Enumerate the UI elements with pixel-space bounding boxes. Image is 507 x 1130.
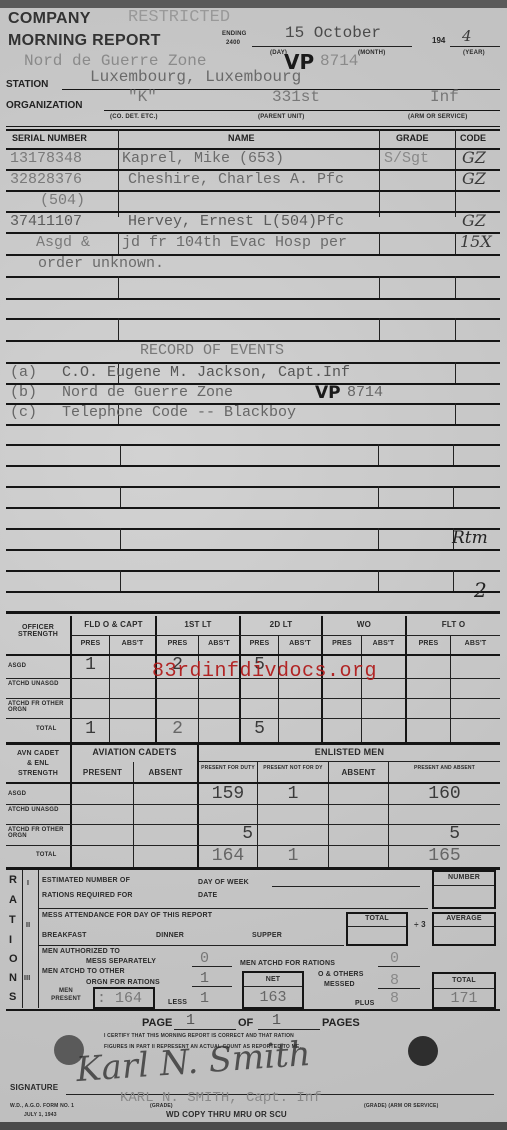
event-c-text: Telephone Code -- Blackboy <box>62 404 296 421</box>
officer-row-total: TOTAL <box>36 726 56 732</box>
rations-letter-t: T <box>9 914 16 926</box>
event-b-tag: (b) <box>10 384 37 401</box>
year-suffix: 4 <box>462 27 472 45</box>
officer-total-2dlt-pres: 5 <box>241 719 278 739</box>
men-auth-label-1: MEN AUTHORIZED TO <box>42 948 120 955</box>
enl-atchd-other-present-for-duty: 5 <box>199 824 257 844</box>
sublabel-company: (CO. DET. ETC.) <box>110 114 158 120</box>
report-date: 15 October <box>285 24 381 42</box>
subcol-abst: ABS'T <box>362 640 405 647</box>
org-parent-value: 331st <box>272 88 320 106</box>
of-value: 1 <box>272 1012 281 1029</box>
col-cadet-absent: ABSENT <box>134 768 197 777</box>
year-prefix: 194 <box>432 36 445 45</box>
restricted-stamp: RESTRICTED <box>128 8 230 27</box>
enl-row-asgd: ASGD <box>8 791 26 797</box>
net-label: NET <box>244 976 302 983</box>
section-2-numeral: II <box>26 922 30 929</box>
number-label: NUMBER <box>434 874 494 881</box>
enl-asgd-present-and-absent: 160 <box>389 784 500 804</box>
enl-row-total: TOTAL <box>36 852 56 858</box>
officer-total-1stlt-pres: 2 <box>157 719 198 739</box>
subcol-pres: PRES <box>241 640 278 647</box>
less-value: 1 <box>200 990 209 1007</box>
officer-total-capt-pres: 1 <box>72 719 109 739</box>
row5-serial: Asgd & <box>36 234 90 251</box>
row3-serial: (504) <box>40 192 85 209</box>
event-b-number: 8714 <box>347 384 383 401</box>
arm-sublabel: (GRADE) (ARM OR SERVICE) <box>364 1103 438 1109</box>
section-1-numeral: I <box>27 880 29 887</box>
col-present-and-absent: PRESENT AND ABSENT <box>389 764 500 772</box>
row6-continuation: order unknown. <box>38 255 164 272</box>
officer-row-atchd-fr-other: ATCHD FR OTHER ORGN <box>8 701 68 713</box>
enl-row-atchd-unasgd: ATCHD UNASGD <box>8 807 68 813</box>
form-title-line1: COMPANY <box>8 10 91 28</box>
col-grade: GRADE <box>396 133 429 143</box>
group-fld-o-capt: FLD O & CAPT <box>72 620 155 629</box>
col-present-not-for-duty: PRESENT NOT FOR DY <box>258 764 328 772</box>
men-present-label-2: PRESENT <box>40 996 92 1002</box>
net-value: 163 <box>244 989 302 1006</box>
scan-border-bottom <box>0 1122 507 1130</box>
row1-grade: S/Sgt <box>384 150 429 167</box>
station-value: Luxembourg, Luxembourg <box>90 68 301 86</box>
wd-copy-note: WD COPY THRU MRU OR SCU <box>166 1110 287 1119</box>
enl-row-header-3: STRENGTH <box>6 770 70 777</box>
event-a-tag: (a) <box>10 364 37 381</box>
subcol-abst: ABS'T <box>279 640 321 647</box>
men-atchd-other-label-1: MEN ATCHD TO OTHER <box>42 968 125 975</box>
form-number: W.D., A.G.O. FORM NO. 1 <box>10 1103 74 1109</box>
grand-total-value: 171 <box>434 990 494 1007</box>
group-flt-o: FLT O <box>407 620 500 629</box>
rations-letter-r: R <box>9 874 17 886</box>
mess-total-label: TOTAL <box>348 915 406 922</box>
officer-strength-header: OFFICER STRENGTH <box>6 624 70 638</box>
row2-name: Cheshire, Charles A. Pfc <box>128 171 344 188</box>
rations-letter-a: A <box>9 894 17 906</box>
row4-serial: 37411107 <box>10 213 82 230</box>
enl-row-header-2: & ENL <box>6 760 70 767</box>
enl-asgd-present-not-for-duty: 1 <box>258 784 328 804</box>
org-arm-value: Inf <box>430 88 459 106</box>
event-a-text: C.O. Eugene M. Jackson, Capt.Inf <box>62 364 350 381</box>
men-present-value: : 164 <box>97 990 142 1007</box>
page-label: PAGE <box>142 1017 172 1029</box>
divide-by-3: ÷ 3 <box>410 920 430 929</box>
rations-letter-n: N <box>9 972 17 984</box>
col-present-for-duty: PRESENT FOR DUTY <box>199 764 257 772</box>
signature-label: SIGNATURE <box>10 1083 58 1092</box>
day-of-week-label: DAY OF WEEK <box>198 879 249 886</box>
subcol-abst: ABS'T <box>451 640 500 647</box>
rations-letter-i: I <box>9 934 12 946</box>
mess-attendance-label: MESS ATTENDANCE FOR DAY OF THIS REPORT <box>42 912 212 919</box>
of-label: OF <box>238 1017 253 1029</box>
aviation-cadets-header: AVIATION CADETS <box>72 747 197 757</box>
o-others-label-1: O & OTHERS <box>318 971 364 978</box>
subcol-pres: PRES <box>157 640 198 647</box>
officer-asgd-capt-pres: 1 <box>72 655 109 675</box>
enl-asgd-present-for-duty: 159 <box>199 784 257 804</box>
ending-label: ENDING <box>222 31 247 37</box>
group-2d-lt: 2D LT <box>241 620 321 629</box>
less-label: LESS <box>168 999 187 1006</box>
row1-code: GZ <box>462 148 486 167</box>
men-present-label-1: MEN <box>40 988 92 994</box>
grand-total-label: TOTAL <box>434 977 494 984</box>
o-others-label-2: MESSED <box>324 981 355 988</box>
org-company-value: "K" <box>128 88 157 106</box>
section-3-numeral: III <box>24 975 30 982</box>
enlisted-men-header: ENLISTED MEN <box>199 747 500 757</box>
row2-code: GZ <box>462 169 486 188</box>
sublabel-parent: (PARENT UNIT) <box>258 114 304 120</box>
watermark: 83rdinfdivdocs.org <box>152 660 377 683</box>
col-name: NAME <box>228 133 255 143</box>
date-label: DATE <box>198 892 217 899</box>
event-b-text: Nord de Guerre Zone <box>62 384 233 401</box>
subcol-pres: PRES <box>323 640 361 647</box>
group-wo: WO <box>323 620 405 629</box>
month-sublabel: (MONTH) <box>358 50 385 56</box>
form-date: JULY 1, 1943 <box>24 1112 57 1118</box>
record-of-events-title: RECORD OF EVENTS <box>140 342 284 359</box>
dinner-label: DINNER <box>156 932 184 939</box>
organization-label: ORGANIZATION <box>6 100 82 111</box>
enl-row-atchd-fr-other: ATCHD FR OTHER ORGN <box>8 827 68 839</box>
row4-code: GZ <box>462 211 486 230</box>
year-sublabel: (YEAR) <box>463 50 485 56</box>
plus-value: 8 <box>390 990 399 1007</box>
col-cadet-present: PRESENT <box>72 768 133 777</box>
enl-total-present-not-for-duty: 1 <box>258 846 328 866</box>
margin-mark: 2 <box>474 578 487 602</box>
enl-row-header-1: AVN CADET <box>6 750 70 757</box>
estimated-rations-label-2: RATIONS REQUIRED FOR <box>42 892 133 899</box>
rations-letter-o: O <box>9 953 18 965</box>
subcol-pres: PRES <box>407 640 450 647</box>
plus-label: PLUS <box>355 1000 374 1007</box>
subcol-pres: PRES <box>72 640 109 647</box>
row1-serial: 13178348 <box>10 150 82 167</box>
form-title-line2: MORNING REPORT <box>8 32 161 50</box>
enl-total-present-for-duty: 164 <box>199 846 257 866</box>
row5-name: jd fr 104th Evac Hosp per <box>122 234 347 251</box>
row4-name: Hervey, Ernest L(504)Pfc <box>128 213 344 230</box>
men-atchd-for-rations-value: 0 <box>390 950 399 967</box>
men-atchd-other-value: 1 <box>200 970 209 987</box>
subcol-abst: ABS'T <box>199 640 239 647</box>
event-c-tag: (c) <box>10 404 37 421</box>
men-auth-value: 0 <box>200 950 209 967</box>
zone-number: 8714 <box>320 52 358 70</box>
o-others-value: 8 <box>390 972 399 989</box>
punch-hole-right <box>408 1036 438 1066</box>
event-b-vp-stamp: VP <box>315 383 341 403</box>
ending-time-label: 2400 <box>226 40 240 46</box>
men-atchd-other-label-2: ORGN FOR RATIONS <box>86 979 160 986</box>
row1-name: Kaprel, Mike (653) <box>122 150 284 167</box>
grade-sublabel: (GRADE) <box>150 1103 173 1109</box>
officer-row-asgd: ASGD <box>8 663 26 669</box>
scan-border-top <box>0 0 507 8</box>
supper-label: SUPPER <box>252 932 282 939</box>
enl-total-present-and-absent: 165 <box>389 846 500 866</box>
officer-row-atchd-unasgd: ATCHD UNASGD <box>8 681 68 687</box>
row5-code: 15X <box>460 232 492 251</box>
group-1st-lt: 1ST LT <box>157 620 239 629</box>
men-auth-label-2: MESS SEPARATELY <box>86 958 156 965</box>
subcol-abst: ABS'T <box>110 640 155 647</box>
row2-serial: 32828376 <box>10 171 82 188</box>
sublabel-arm: (ARM OR SERVICE) <box>408 114 467 120</box>
col-enl-absent: ABSENT <box>329 768 388 777</box>
breakfast-label: BREAKFAST <box>42 932 87 939</box>
col-code: CODE <box>460 133 486 143</box>
rations-letter-s: S <box>9 991 16 1003</box>
men-atchd-for-rations-label: MEN ATCHD FOR RATIONS <box>240 960 335 967</box>
enl-atchd-other-present-and-absent: 5 <box>389 824 500 844</box>
estimated-rations-label-1: ESTIMATED NUMBER OF <box>42 877 130 884</box>
pages-label: PAGES <box>322 1017 360 1029</box>
margin-initials: Rtm <box>452 528 488 548</box>
station-label: STATION <box>6 79 48 90</box>
average-label: AVERAGE <box>434 915 494 922</box>
page-value: 1 <box>186 1012 195 1029</box>
col-serial-number: SERIAL NUMBER <box>12 133 87 143</box>
